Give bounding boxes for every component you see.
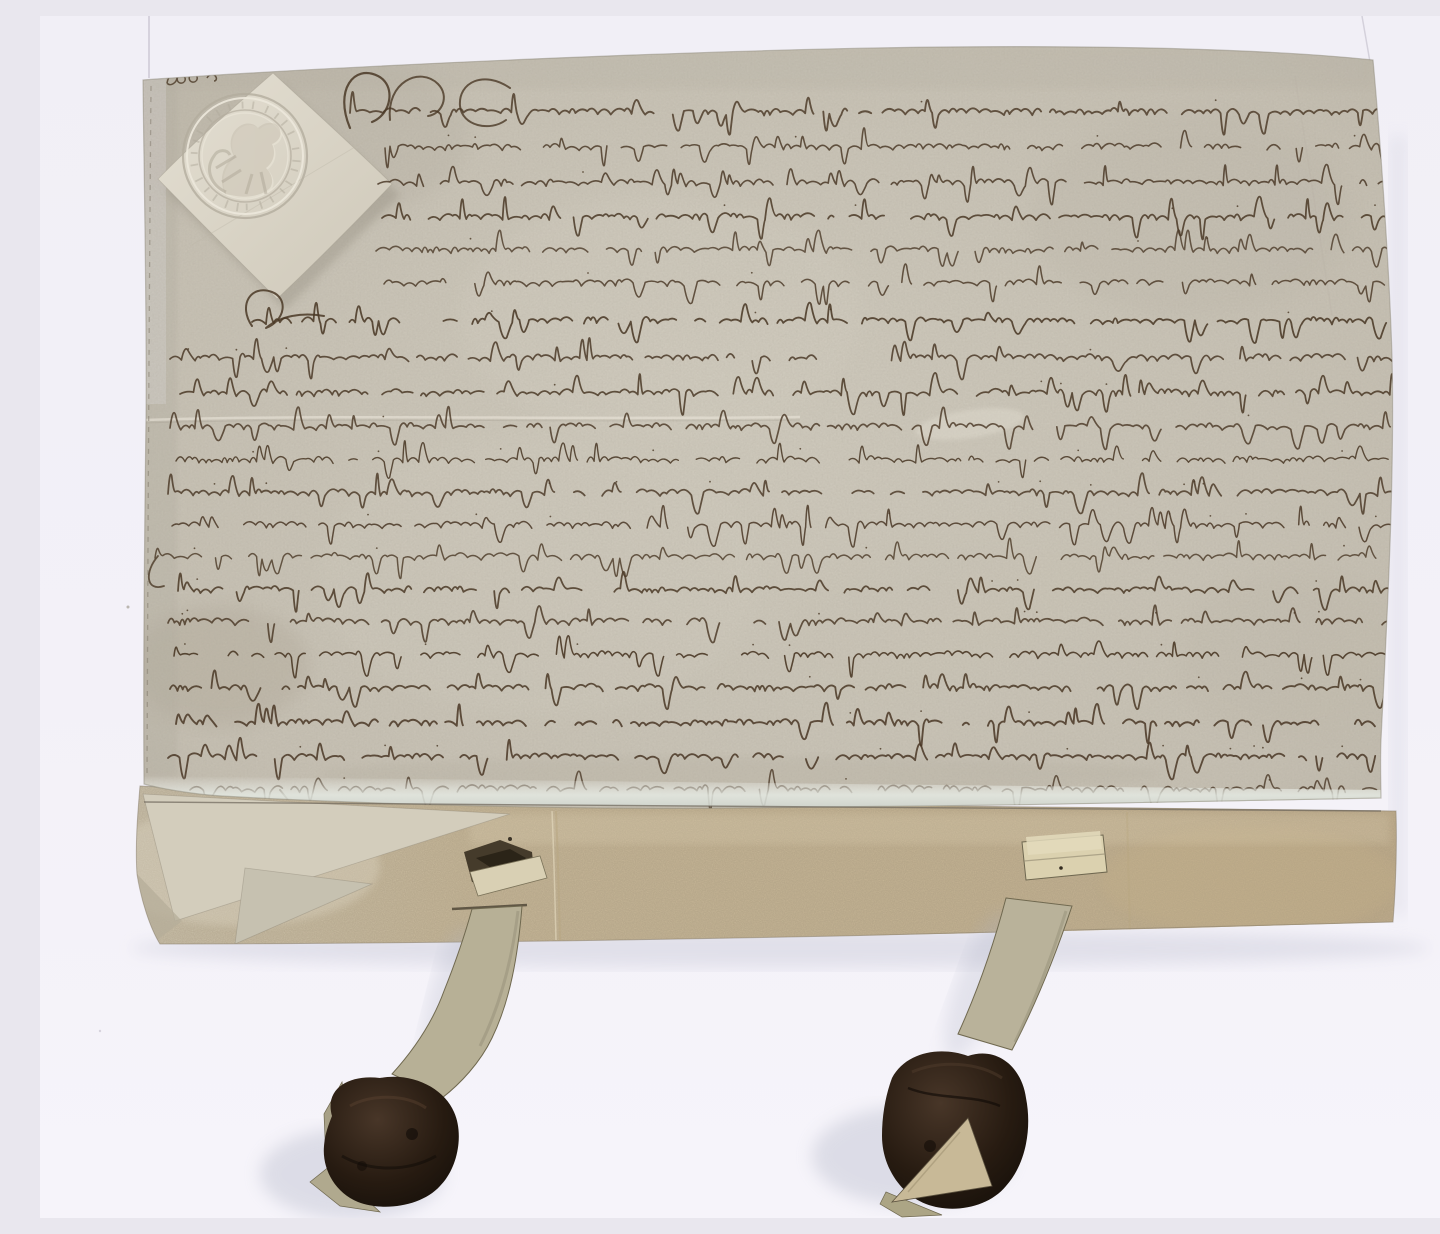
ink-dot [378,450,380,452]
ink-dot [500,448,502,450]
ink-dot [865,547,867,549]
ink-dot [709,481,711,483]
ink-dot [724,204,726,206]
dust-speck [127,606,130,609]
ink-dot [1253,745,1255,747]
ink-dot [1245,513,1247,515]
ink-dot [187,610,189,612]
ink-dot [888,512,890,514]
ink-dot [830,309,832,311]
ink-dot [474,136,476,138]
ink-dot [1248,415,1250,417]
ink-dot [265,482,267,484]
ink-dot [181,613,183,615]
ink-dot [1198,676,1200,678]
ink-dot [1288,312,1290,314]
ink-dot [751,272,753,274]
ink-dot [1161,644,1163,646]
ink-dot [1090,349,1092,351]
ink-dot [1137,240,1139,242]
ink-dot [616,481,618,483]
ink-dot [998,481,1000,483]
left-wax-seal [324,1077,459,1207]
ink-dot [587,272,589,274]
ink-dot [554,384,556,386]
ink-dot [849,712,851,714]
ink-dot [436,745,438,747]
ink-dot [1017,579,1019,581]
ink-dot [1024,611,1026,613]
ink-dot [367,514,369,516]
seal-letter-tick [237,203,238,211]
ink-dot [755,312,757,314]
ink-dot [1375,516,1377,518]
ink-dot [1060,383,1062,385]
ink-dot [236,349,238,351]
ink-dot [184,643,186,645]
ink-dot [1171,207,1173,209]
ink-dot [252,451,254,453]
ink-dot [1360,679,1362,681]
ink-dot [214,483,216,485]
ink-dot [384,745,386,747]
ink-dot [1237,205,1239,207]
ink-dot [382,416,384,418]
ink-dot [285,347,287,349]
ink-dot [470,238,472,240]
ink-dot [448,135,450,137]
ink-dot [795,136,797,138]
photo: Photograph of a 17th-century Dutch manus… [40,16,1440,1218]
ink-dot [921,101,923,103]
ink-dot [845,778,847,780]
ink-dot [577,643,579,645]
ink-dot [1262,747,1264,749]
ink-dot [1194,481,1196,483]
ink-dot [1341,450,1343,452]
ink-dot [1090,484,1092,486]
ink-dot [789,644,791,646]
ink-dot [1301,677,1303,679]
ink-dot [1294,612,1296,614]
seal-letter-tick [292,161,300,162]
dust-speck [99,1030,101,1032]
ink-dot [1183,483,1185,485]
ink-dot [187,348,189,350]
ink-dot [376,547,378,549]
ink-dot [652,449,654,451]
ink-dot [1169,513,1171,515]
ink-dot [550,516,552,518]
sleeve-crease-right [1362,16,1370,62]
ink-dot [1066,748,1068,750]
ink-dot [1215,99,1217,101]
ink-dot [1269,779,1271,781]
ink-dot [1106,383,1108,385]
ink-dot [196,578,198,580]
ink-dot [194,547,196,549]
ink-dot [1315,580,1317,582]
ink-dot [818,613,820,615]
ink-dot [880,748,882,750]
ink-dot [920,710,922,712]
ink-dot [1203,483,1205,485]
ink-dot [1097,135,1099,137]
ink-dot [1354,135,1356,137]
seal-letter-tick [253,102,254,110]
ink-dot [1210,515,1212,517]
ink-dot [855,204,857,206]
ink-dot [582,171,584,173]
ink-dot [1343,545,1345,547]
seal-letter-tick [292,148,299,149]
ink-dot [752,644,754,646]
ink-dot [1155,612,1157,614]
pinhole [1059,866,1063,870]
ink-dot [1374,204,1376,206]
ink-dot [491,310,493,312]
ink-dot [475,513,477,515]
ink-dot [1040,381,1042,383]
ink-dot [1230,748,1232,750]
ink-dot [809,676,811,678]
right-wax-seal [882,1051,1028,1208]
ink-dot [1206,237,1208,239]
ink-dot [1341,745,1343,747]
ink-dot [799,448,801,450]
ink-dot [549,482,551,484]
ink-dot [1162,745,1164,747]
ink-dot [1028,711,1030,713]
ink-dot [1036,611,1038,613]
ink-dot [1318,611,1320,613]
ink-dot [299,746,301,748]
ink-dot [425,643,427,645]
ink-dot [1077,450,1079,452]
ink-dot [1039,480,1041,482]
ink-dot [991,580,993,582]
